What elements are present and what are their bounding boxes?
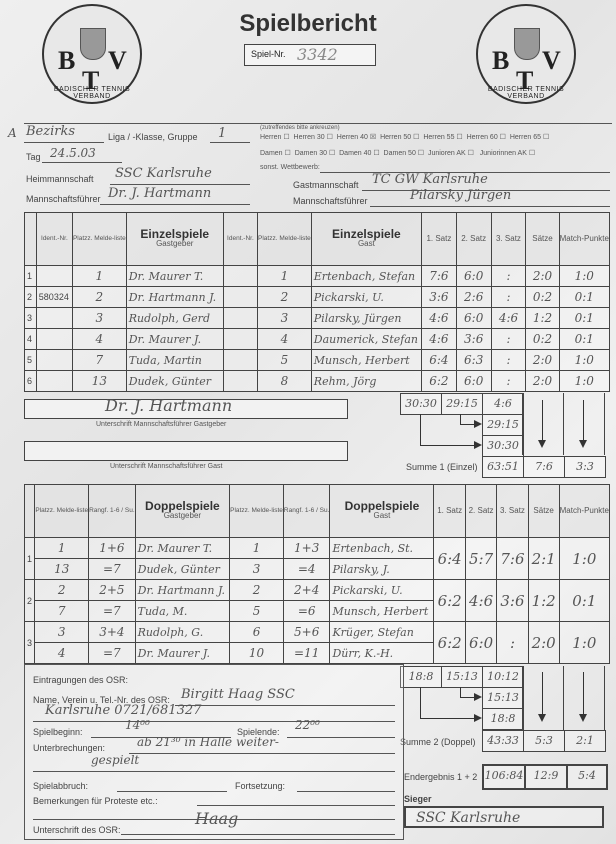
arrowhead-icon xyxy=(538,440,546,448)
saetze-field[interactable]: 2:0 xyxy=(526,350,559,371)
einzel-total-satz2: 29:15 xyxy=(441,393,483,415)
einzel-carry-satz1: 30:30 xyxy=(482,435,524,457)
arrowhead-icon xyxy=(579,714,587,722)
gast-platz-field[interactable]: 4 xyxy=(258,329,312,350)
einzel-summe-match: 3:3 xyxy=(564,456,606,478)
einzel-header-row: Ident.-Nr. Platzz. Melde-liste Einzelspi… xyxy=(25,213,610,266)
page-title: Spielbericht xyxy=(0,10,616,38)
heim-player-field[interactable]: Dr. Hartmann J. xyxy=(135,580,230,601)
category-row-2: Damen ☐ Damen 30 ☐ Damen 40 ☐ Damen 50 ☐… xyxy=(260,149,535,157)
einzel-table: Ident.-Nr. Platzz. Melde-liste Einzelspi… xyxy=(24,212,610,392)
arrow-down-icon xyxy=(542,672,543,714)
match-punkte-field[interactable]: 0:1 xyxy=(559,287,609,308)
satz3-field[interactable]: : xyxy=(497,622,528,664)
heim-player-field[interactable]: Rudolph, Gerd xyxy=(126,308,223,329)
platz-field[interactable]: 4 xyxy=(72,329,126,350)
row-number: 3 xyxy=(25,308,37,329)
saetze-field[interactable]: 1:2 xyxy=(528,580,559,622)
platz-field[interactable]: 2 xyxy=(35,580,89,601)
einzel-carry-satz2: 29:15 xyxy=(482,414,524,436)
row-number: 3 xyxy=(25,622,35,664)
gast-player-field[interactable]: Krüger, Stefan xyxy=(330,622,434,643)
gast-platz-field[interactable]: 2 xyxy=(230,580,284,601)
einzel-row: 57Tuda, Martin5Munsch, Herbert6:46:3:2:0… xyxy=(25,350,610,371)
gast-platz-field[interactable]: 5 xyxy=(258,350,312,371)
rang-field[interactable]: 3+4 xyxy=(89,622,136,643)
gast-player-field[interactable]: Munsch, Herbert xyxy=(311,350,421,371)
gast-player-field[interactable]: Pickarski, U. xyxy=(330,580,434,601)
doppel-carry-satz1: 18:8 xyxy=(482,708,524,730)
rang-field[interactable]: =7 xyxy=(89,643,136,664)
row-number: 2 xyxy=(25,287,37,308)
satz1-field[interactable]: 6:2 xyxy=(422,371,457,392)
tag-field[interactable]: 24.5.03 xyxy=(50,146,96,160)
gast-rang-field[interactable]: =4 xyxy=(283,559,330,580)
satz2-field[interactable]: 2:6 xyxy=(456,287,491,308)
match-punkte-field[interactable]: 1:0 xyxy=(559,266,609,287)
category-row-1: Herren ☐ Herren 30 ☐ Herren 40 ☒ Herren … xyxy=(260,133,549,141)
gast-player-field[interactable]: Ertenbach, St. xyxy=(330,538,434,559)
saetze-field[interactable]: 2:1 xyxy=(528,538,559,580)
category-herren-65[interactable]: Herren 65 xyxy=(510,134,541,141)
gast-ident-field[interactable] xyxy=(223,350,257,371)
platz-field[interactable]: 2 xyxy=(72,287,126,308)
gast-player-field[interactable]: Ertenbach, Stefan xyxy=(311,266,421,287)
category-herren-50[interactable]: Herren 50 xyxy=(380,134,411,141)
platz-field[interactable]: 7 xyxy=(72,350,126,371)
gast-rang-field[interactable]: =6 xyxy=(283,601,330,622)
match-punkte-field[interactable]: 0:1 xyxy=(559,329,609,350)
osr-section: Eintragungen des OSR: Name, Verein u. Te… xyxy=(24,664,404,840)
platz-field[interactable]: 3 xyxy=(72,308,126,329)
satz2-field[interactable]: 6:3 xyxy=(456,350,491,371)
satz3-field[interactable]: : xyxy=(491,287,526,308)
row-number: 1 xyxy=(25,538,35,580)
satz1-field[interactable]: 4:6 xyxy=(422,329,457,350)
gast-player-field[interactable]: Daumerick, Stefan xyxy=(311,329,421,350)
gruppe-field[interactable]: 1 xyxy=(218,126,226,141)
heim-mannschaftsfuehrer-field[interactable]: Dr. J. Hartmann xyxy=(108,186,211,201)
arrow-right-icon xyxy=(474,420,482,428)
gast-ident-field[interactable] xyxy=(223,266,257,287)
platz-field[interactable]: 4 xyxy=(35,643,89,664)
row-number: 2 xyxy=(25,580,35,622)
osr-name-field[interactable]: Birgitt Haag SSC xyxy=(181,687,295,702)
arrow-right-icon xyxy=(474,693,482,701)
satz1-field[interactable]: 6:2 xyxy=(434,580,465,622)
gast-player-field[interactable]: Pickarski, U. xyxy=(311,287,421,308)
doppel-header-row: Platzz. Melde-liste Rangf. 1-6 / Su. Dop… xyxy=(25,485,610,538)
satz3-field[interactable]: 4:6 xyxy=(491,308,526,329)
gast-rang-field[interactable]: =11 xyxy=(283,643,330,664)
gast-player-field[interactable]: Dürr, K.-H. xyxy=(330,643,434,664)
category-herren-40[interactable]: Herren 40 xyxy=(337,134,368,141)
heim-player-field[interactable]: Dudek, Günter xyxy=(126,371,223,392)
satz2-field[interactable]: 6:0 xyxy=(456,308,491,329)
gast-player-field[interactable]: Rehm, Jörg xyxy=(311,371,421,392)
spielbericht-page: B V T BADISCHER TENNIS VERBAND B V T BAD… xyxy=(0,0,616,844)
heim-player-field[interactable]: Tuda, Martin xyxy=(126,350,223,371)
platz-field[interactable]: 1 xyxy=(35,538,89,559)
gast-player-field[interactable]: Munsch, Herbert xyxy=(330,601,434,622)
doppel-total-satz2: 15:13 xyxy=(441,666,483,688)
osr-signature[interactable]: Haag xyxy=(195,809,238,828)
gast-player-field[interactable]: Pilarsky, Jürgen xyxy=(311,308,421,329)
arrowhead-icon xyxy=(538,714,546,722)
match-punkte-field[interactable]: 1:0 xyxy=(559,538,609,580)
satz3-field[interactable]: 3:6 xyxy=(497,580,528,622)
ident-field[interactable] xyxy=(36,329,72,350)
doppel-table: Platzz. Melde-liste Rangf. 1-6 / Su. Dop… xyxy=(24,484,610,664)
unterbrechungen-field-2[interactable]: gespielt xyxy=(91,753,139,767)
satz1-field[interactable]: 6:4 xyxy=(422,350,457,371)
saetze-field[interactable]: 2:0 xyxy=(526,266,559,287)
heim-player-field[interactable]: Rudolph, G. xyxy=(135,622,230,643)
gast-platz-field[interactable]: 3 xyxy=(258,308,312,329)
signature-gast-field[interactable] xyxy=(24,441,348,461)
einzel-total-satz1: 30:30 xyxy=(400,393,442,415)
match-punkte-field[interactable]: 0:1 xyxy=(559,308,609,329)
gast-platz-field[interactable]: 3 xyxy=(230,559,284,580)
endergebnis-saetze: 12:9 xyxy=(524,764,568,790)
doppel-total-satz3: 10:12 xyxy=(482,666,524,688)
saetze-field[interactable]: 2:0 xyxy=(528,622,559,664)
sieger-field[interactable]: SSC Karlsruhe xyxy=(404,806,604,828)
doppel-carry-satz2: 15:13 xyxy=(482,687,524,709)
spiel-nr-field[interactable]: Spiel-Nr. 3342 xyxy=(244,44,376,66)
gast-ident-field[interactable] xyxy=(223,371,257,392)
satz2-field[interactable]: 6:0 xyxy=(456,371,491,392)
einzel-summe-saetze: 7:6 xyxy=(523,456,565,478)
platz-field[interactable]: 1 xyxy=(72,266,126,287)
heim-player-field[interactable]: Dudek, Günter xyxy=(135,559,230,580)
satz1-field[interactable]: 6:2 xyxy=(434,622,465,664)
platz-field[interactable]: 13 xyxy=(35,559,89,580)
gastmannschaft-field[interactable]: TC GW Karlsruhe xyxy=(372,172,488,187)
category-damen-30[interactable]: Damen 30 xyxy=(295,150,327,157)
doppel-total-satz1: 18:8 xyxy=(400,666,442,688)
doppel-row: 111+6Dr. Maurer T.11+3Ertenbach, St.6:45… xyxy=(25,538,610,559)
unterbrechungen-field[interactable]: ab 21³⁰ in Halle weiter- xyxy=(137,735,279,749)
endergebnis-spiele: 106:84 xyxy=(482,764,526,790)
satz2-field[interactable]: 4:6 xyxy=(465,580,496,622)
gast-platz-field[interactable]: 8 xyxy=(258,371,312,392)
ident-field[interactable] xyxy=(36,308,72,329)
gast-platz-field[interactable]: 5 xyxy=(230,601,284,622)
platz-field[interactable]: 13 xyxy=(72,371,126,392)
gast-mannschaftsfuehrer-field[interactable]: Pilarsky Jürgen xyxy=(410,188,511,203)
ident-field[interactable] xyxy=(36,350,72,371)
einzel-total-satz3: 4:6 xyxy=(482,393,524,415)
endergebnis-match: 5:4 xyxy=(566,764,608,790)
gast-rang-field[interactable]: 1+3 xyxy=(283,538,330,559)
saetze-field[interactable]: 2:0 xyxy=(526,371,559,392)
match-punkte-field[interactable]: 1:0 xyxy=(559,622,609,664)
spielende-field[interactable]: 22⁰⁰ xyxy=(295,718,320,732)
ident-field[interactable]: 580324 xyxy=(36,287,72,308)
gast-ident-field[interactable] xyxy=(223,329,257,350)
satz1-field[interactable]: 7:6 xyxy=(422,266,457,287)
heimmannschaft-field[interactable]: SSC Karlsruhe xyxy=(115,166,212,181)
doppel-summe-spiele: 43:33 xyxy=(482,730,524,752)
doppel-row: 333+4Rudolph, G.65+6Krüger, Stefan6:26:0… xyxy=(25,622,610,643)
heim-player-field[interactable]: Dr. Maurer T. xyxy=(135,538,230,559)
gast-rang-field[interactable]: 5+6 xyxy=(283,622,330,643)
saetze-field[interactable]: 0:2 xyxy=(526,329,559,350)
category-damen-40[interactable]: Damen 40 xyxy=(339,150,371,157)
row-number: 1 xyxy=(25,266,37,287)
match-punkte-field[interactable]: 1:0 xyxy=(559,371,609,392)
arrow-right-icon xyxy=(474,714,482,722)
satz2-field[interactable]: 6:0 xyxy=(465,622,496,664)
category-herren[interactable]: Herren xyxy=(260,134,281,141)
einzel-summe-spiele: 63:51 xyxy=(482,456,524,478)
einzel-row: 33Rudolph, Gerd3Pilarsky, Jürgen4:66:04:… xyxy=(25,308,610,329)
ident-field[interactable] xyxy=(36,371,72,392)
rang-field[interactable]: 1+6 xyxy=(89,538,136,559)
arrowhead-icon xyxy=(579,440,587,448)
category-herren-55[interactable]: Herren 55 xyxy=(423,134,454,141)
rang-field[interactable]: 2+5 xyxy=(89,580,136,601)
satz1-field[interactable]: 4:6 xyxy=(422,308,457,329)
satz1-field[interactable]: 3:6 xyxy=(422,287,457,308)
gast-platz-field[interactable]: 6 xyxy=(230,622,284,643)
arrow-down-icon xyxy=(583,672,584,714)
gast-ident-field[interactable] xyxy=(223,308,257,329)
saetze-field[interactable]: 0:2 xyxy=(526,287,559,308)
row-number: 4 xyxy=(25,329,37,350)
heim-player-field[interactable]: Dr. Maurer T. xyxy=(126,266,223,287)
heim-player-field[interactable]: Dr. Maurer J. xyxy=(126,329,223,350)
satz3-field[interactable]: : xyxy=(491,371,526,392)
satz1-field[interactable]: 6:4 xyxy=(434,538,465,580)
spielbeginn-field[interactable]: 14⁰⁰ xyxy=(125,718,150,732)
einzel-row: 11Dr. Maurer T.1Ertenbach, Stefan7:66:0:… xyxy=(25,266,610,287)
heim-player-field[interactable]: Dr. Hartmann J. xyxy=(126,287,223,308)
einzel-row: 44Dr. Maurer J.4Daumerick, Stefan4:63:6:… xyxy=(25,329,610,350)
einzel-row: 613Dudek, Günter8Rehm, Jörg6:26:0:2:01:0 xyxy=(25,371,610,392)
saetze-field[interactable]: 1:2 xyxy=(526,308,559,329)
ident-field[interactable] xyxy=(36,266,72,287)
category-damen-50[interactable]: Damen 50 xyxy=(384,150,416,157)
gast-rang-field[interactable]: 2+4 xyxy=(283,580,330,601)
signature-heim-field[interactable]: Dr. J. Hartmann xyxy=(24,399,348,419)
divider xyxy=(24,123,612,124)
platz-field[interactable]: 3 xyxy=(35,622,89,643)
gast-platz-field[interactable]: 1 xyxy=(258,266,312,287)
satz2-field[interactable]: 6:0 xyxy=(456,266,491,287)
arrow-down-icon xyxy=(583,400,584,440)
category-herren-30[interactable]: Herren 30 xyxy=(294,134,325,141)
rang-field[interactable]: =7 xyxy=(89,601,136,622)
gast-ident-field[interactable] xyxy=(223,287,257,308)
match-punkte-field[interactable]: 0:1 xyxy=(559,580,609,622)
arrow-down-icon xyxy=(542,400,543,440)
gast-player-field[interactable]: Pilarsky, J. xyxy=(330,559,434,580)
rang-field[interactable]: =7 xyxy=(89,559,136,580)
satz3-field[interactable]: 7:6 xyxy=(497,538,528,580)
match-punkte-field[interactable]: 1:0 xyxy=(559,350,609,371)
doppel-summe-match: 2:1 xyxy=(564,730,606,752)
satz3-field[interactable]: : xyxy=(491,266,526,287)
category-herren-60[interactable]: Herren 60 xyxy=(467,134,498,141)
doppel-row: 222+5Dr. Hartmann J.22+4Pickarski, U.6:2… xyxy=(25,580,610,601)
gast-platz-field[interactable]: 1 xyxy=(230,538,284,559)
category-junioren-ak[interactable]: Junioren AK xyxy=(428,150,466,157)
row-number: 5 xyxy=(25,350,37,371)
category-juniorinnen-ak[interactable]: Juniorinnen AK xyxy=(480,150,527,157)
arrow-right-icon xyxy=(474,441,482,449)
satz3-field[interactable]: : xyxy=(491,350,526,371)
gast-platz-field[interactable]: 2 xyxy=(258,287,312,308)
einzel-row: 25803242Dr. Hartmann J.2Pickarski, U.3:6… xyxy=(25,287,610,308)
osr-name-field-2[interactable]: Karlsruhe 0721/681327 xyxy=(45,703,201,718)
satz3-field[interactable]: : xyxy=(491,329,526,350)
platz-field[interactable]: 7 xyxy=(35,601,89,622)
satz2-field[interactable]: 3:6 xyxy=(456,329,491,350)
row-number: 6 xyxy=(25,371,37,392)
satz2-field[interactable]: 5:7 xyxy=(465,538,496,580)
heim-player-field[interactable]: Tuda, M. xyxy=(135,601,230,622)
doppel-summe-saetze: 5:3 xyxy=(523,730,565,752)
gast-platz-field[interactable]: 10 xyxy=(230,643,284,664)
category-damen[interactable]: Damen xyxy=(260,150,283,157)
liga-field[interactable]: Bezirks xyxy=(26,124,75,139)
heim-player-field[interactable]: Dr. Maurer J. xyxy=(135,643,230,664)
